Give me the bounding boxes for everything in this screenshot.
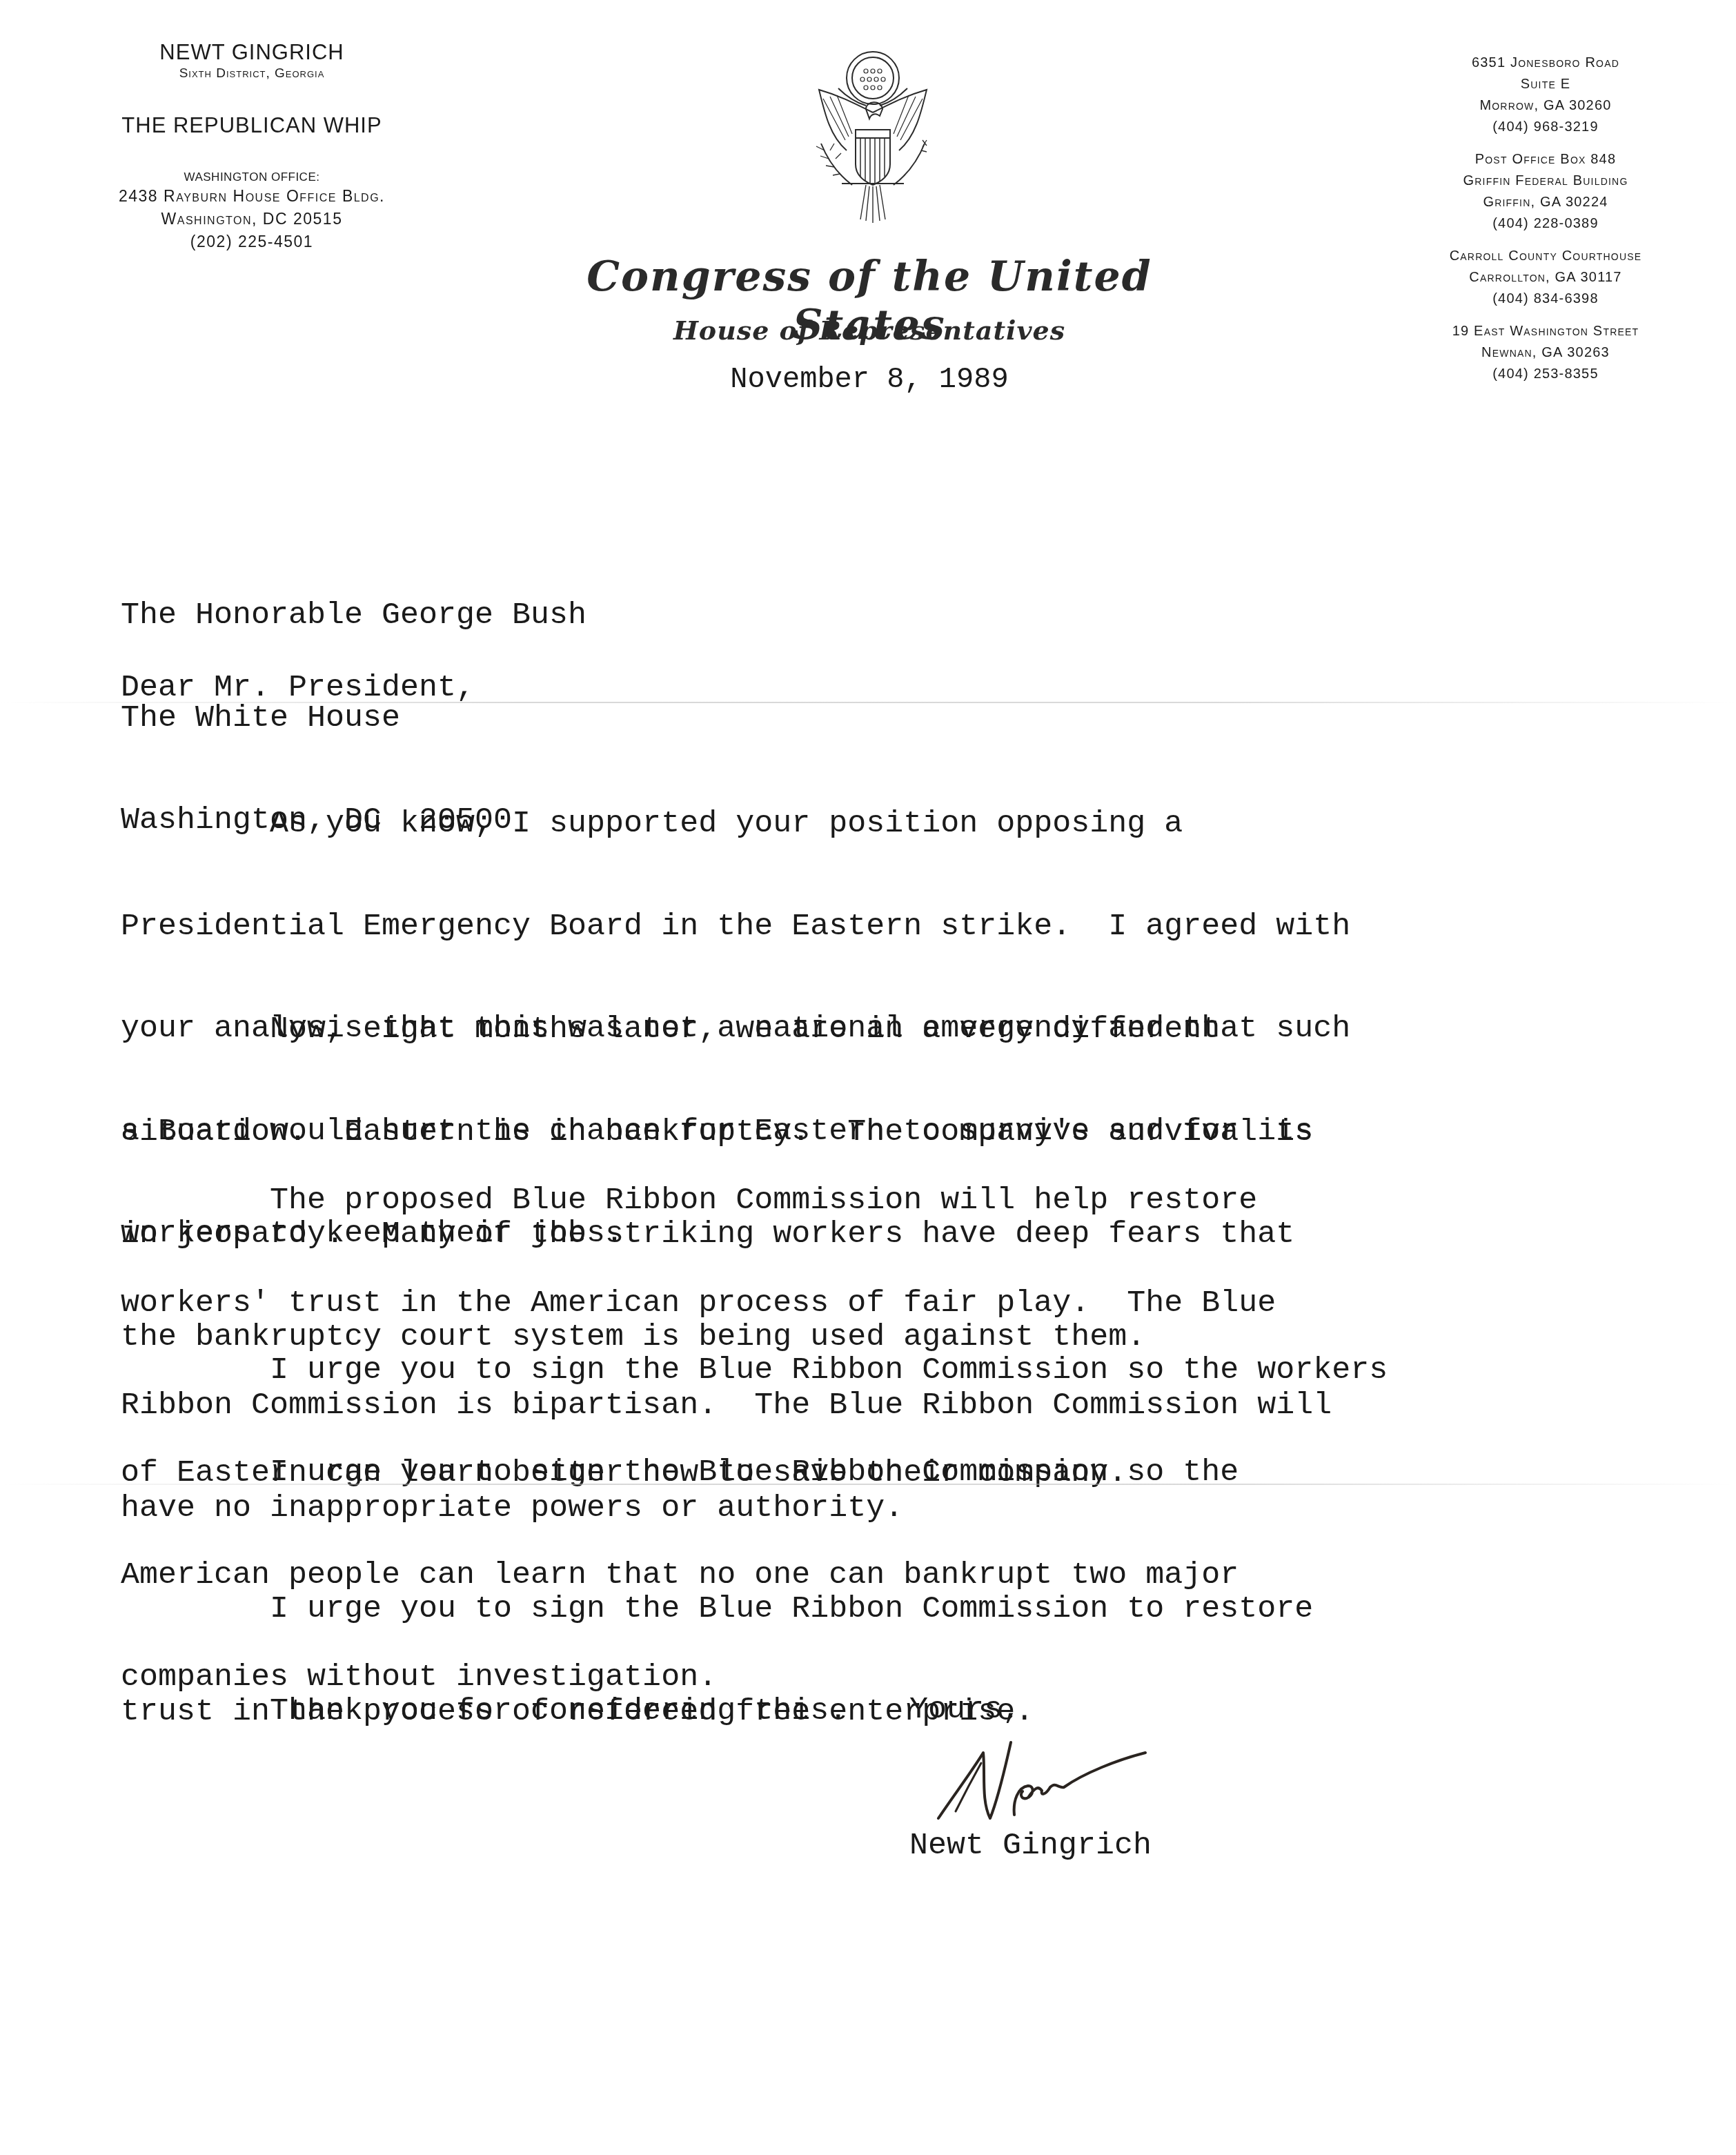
office-phone: (404) 834-6398 (1394, 288, 1697, 310)
office-line: 19 East Washington Street (1394, 321, 1697, 342)
paragraph-line: As you know, I supported your position o… (121, 807, 1528, 841)
closing: Yours, (909, 1693, 1021, 1727)
member-district: Sixth District, Georgia (69, 65, 435, 83)
office-line: 6351 Jonesboro Road (1394, 52, 1697, 74)
paragraph-line: The proposed Blue Ribbon Commission will… (121, 1183, 1528, 1218)
signer-name: Newt Gingrich (909, 1829, 1152, 1863)
handwritten-signature-icon (918, 1732, 1166, 1829)
district-office-newnan: 19 East Washington Street Newnan, GA 302… (1394, 321, 1697, 385)
paper-fold-line (0, 1484, 1736, 1485)
paragraph-line: Now, eight months later, we are in a ver… (121, 1012, 1528, 1047)
office-line: Griffin, GA 30224 (1394, 192, 1697, 213)
office-phone: (404) 968-3219 (1394, 117, 1697, 138)
office-line: Newnan, GA 30263 (1394, 342, 1697, 364)
recipient-line: The White House (121, 701, 586, 736)
paragraph-thanks: Thank you for considering this. (121, 1626, 1528, 1762)
salutation: Dear Mr. President, (121, 671, 475, 705)
great-seal-eagle-icon (769, 47, 976, 226)
district-office-griffin: Post Office Box 848 Griffin Federal Buil… (1394, 149, 1697, 235)
office-line: Carroll County Courthouse (1394, 246, 1697, 267)
chamber-title: House of Representatives (566, 315, 1173, 346)
paragraph-line: I urge you to sign the Blue Ribbon Commi… (121, 1353, 1528, 1388)
washington-address-line: 2438 Rayburn House Office Bldg. (69, 185, 435, 208)
paragraph-line: I urge you to sign the Blue Ribbon Commi… (121, 1592, 1528, 1626)
district-office-carrollton: Carroll County Courthouse Carrollton, GA… (1394, 246, 1697, 310)
recipient-line: The Honorable George Bush (121, 598, 586, 633)
washington-address-line: Washington, DC 20515 (69, 208, 435, 230)
paper-fold-line (0, 702, 1736, 703)
office-line: Carrollton, GA 30117 (1394, 267, 1697, 288)
office-line: Morrow, GA 30260 (1394, 95, 1697, 117)
district-office-morrow: 6351 Jonesboro Road Suite E Morrow, GA 3… (1394, 52, 1697, 138)
letterhead-left: NEWT GINGRICH Sixth District, Georgia TH… (69, 40, 435, 253)
office-line: Griffin Federal Building (1394, 170, 1697, 192)
office-line: Suite E (1394, 74, 1697, 95)
office-phone: (404) 228-0389 (1394, 213, 1697, 235)
paragraph-line: Presidential Emergency Board in the East… (121, 909, 1528, 944)
washington-phone: (202) 225-4501 (69, 230, 435, 253)
paragraph-line: Thank you for considering this. (121, 1694, 1528, 1729)
letterhead-right: 6351 Jonesboro Road Suite E Morrow, GA 3… (1394, 52, 1697, 396)
office-line: Post Office Box 848 (1394, 149, 1697, 170)
office-phone: (404) 253-8355 (1394, 364, 1697, 385)
member-name: NEWT GINGRICH (69, 40, 435, 65)
letter-date: November 8, 1989 (566, 363, 1173, 396)
washington-office-label: WASHINGTON OFFICE: (69, 170, 435, 185)
member-title: THE REPUBLICAN WHIP (69, 113, 435, 138)
